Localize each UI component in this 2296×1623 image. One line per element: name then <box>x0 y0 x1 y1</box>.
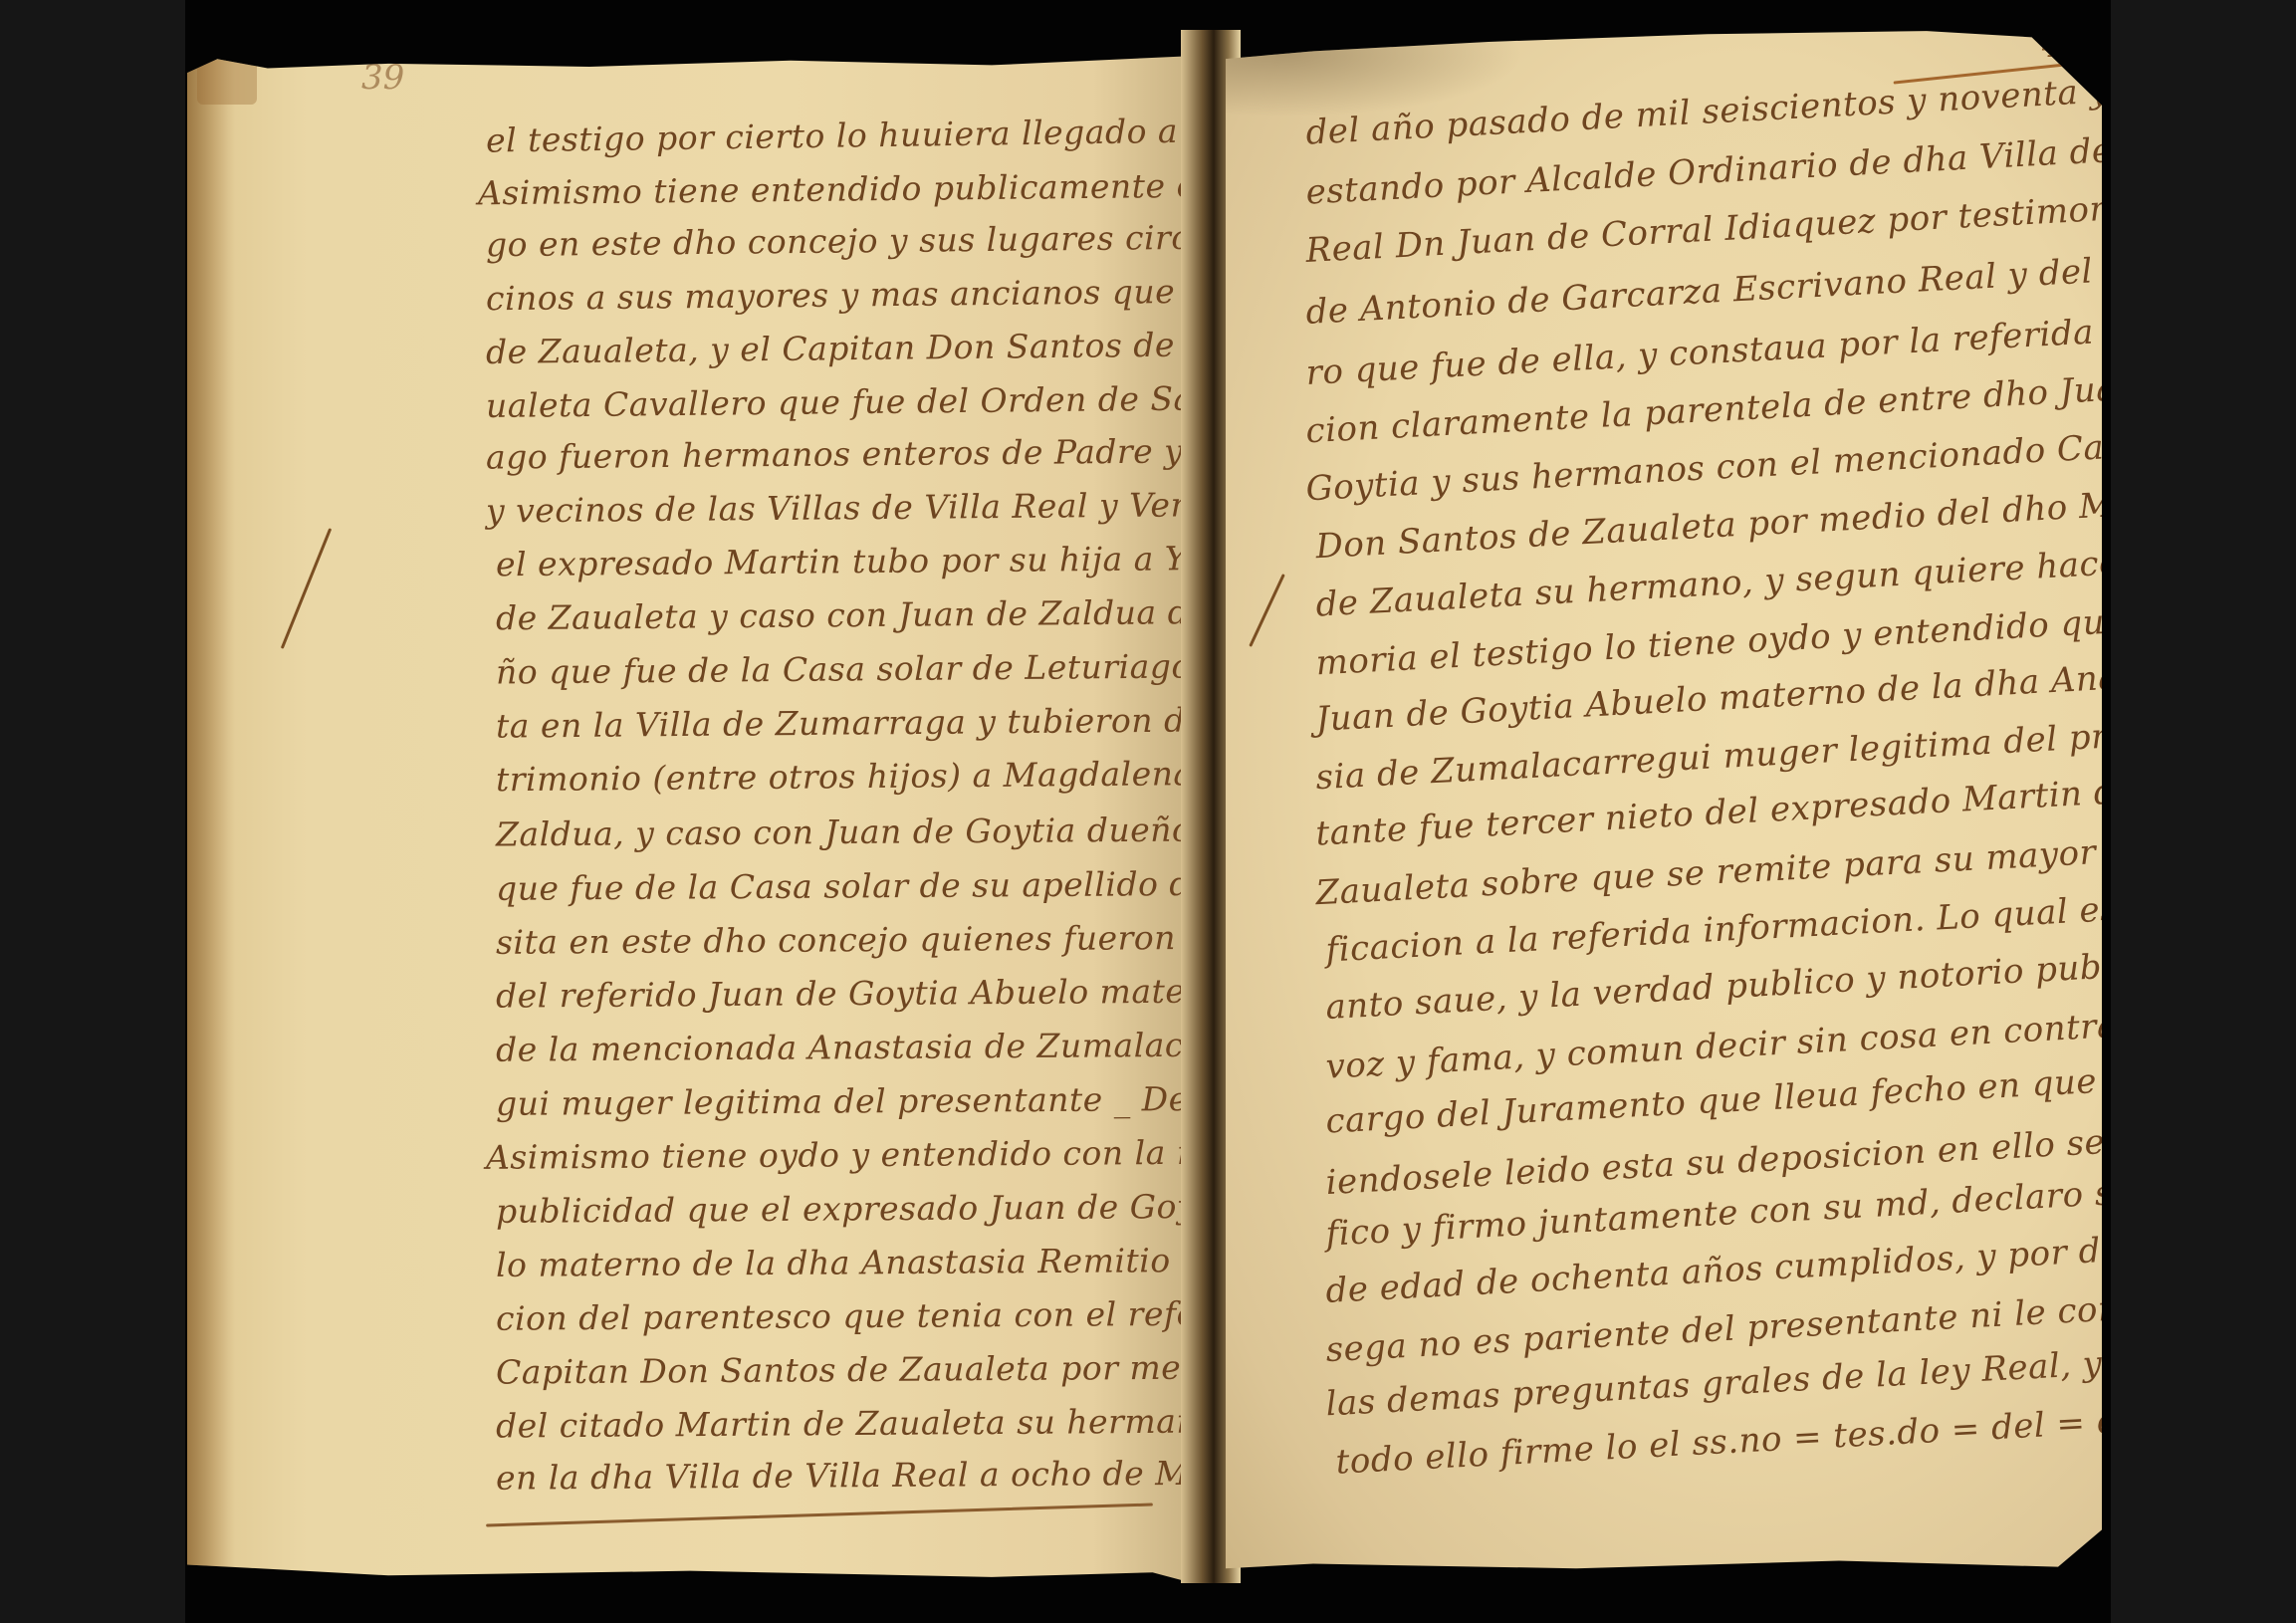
text-line: en la dha Villa de Villa Real a ocho de … <box>496 1453 1263 1497</box>
text-line: del referido Juan de Goytia Abuelo mater… <box>496 971 1244 1015</box>
text-line: trimonio (entre otros hijos) a Magdalena… <box>496 754 1247 800</box>
margin-pen-stroke <box>1249 574 1285 647</box>
text-line: go en este dho concejo y sus lugares cir… <box>486 217 1294 264</box>
closing-rule-line <box>486 1503 1153 1526</box>
text-line: ualeta Cavallero que fue del Orden de Sa… <box>486 378 1252 425</box>
image-viewer: 39 el testigo por cierto lo huuiera lleg… <box>0 0 2296 1623</box>
text-line: el testigo por cierto lo huuiera llegado… <box>486 110 1282 159</box>
text-line: Zaldua, y caso con Juan de Goytia dueño <box>496 811 1193 854</box>
text-line: de Zaualeta y caso con Juan de Zaldua du… <box>496 592 1243 638</box>
left-page-edge-stain <box>187 50 235 1583</box>
margin-pen-stroke <box>281 528 332 649</box>
text-line: Asimismo tiene oydo y entendido con la m… <box>486 1132 1288 1177</box>
text-line: de Zaualeta, y el Capitan Don Santos de … <box>486 325 1242 371</box>
left-page: 39 el testigo por cierto lo huuiera lleg… <box>187 50 1193 1583</box>
left-folio-number: 39 <box>361 58 404 98</box>
right-folio-number: 40 <box>2042 26 2085 66</box>
text-line: de la mencionada Anastasia de Zumalacarr… <box>496 1025 1268 1068</box>
text-line: y vecinos de las Villas de Villa Real y … <box>486 484 1294 530</box>
text-line: cion del parentesco que tenia con el ref… <box>496 1293 1265 1337</box>
left-page-corner-stain <box>197 60 257 105</box>
text-line: el expresado Martin tubo por su hija a Y… <box>496 539 1247 584</box>
text-line: del citado Martin de Zaualeta su hermano <box>496 1401 1219 1445</box>
right-page: 40 del año pasado de mil seiscientos y n… <box>1226 28 2102 1576</box>
manuscript-photo: 39 el testigo por cierto lo huuiera lleg… <box>185 0 2111 1623</box>
text-line: Capitan Don Santos de Zaualeta por medio <box>496 1347 1235 1391</box>
